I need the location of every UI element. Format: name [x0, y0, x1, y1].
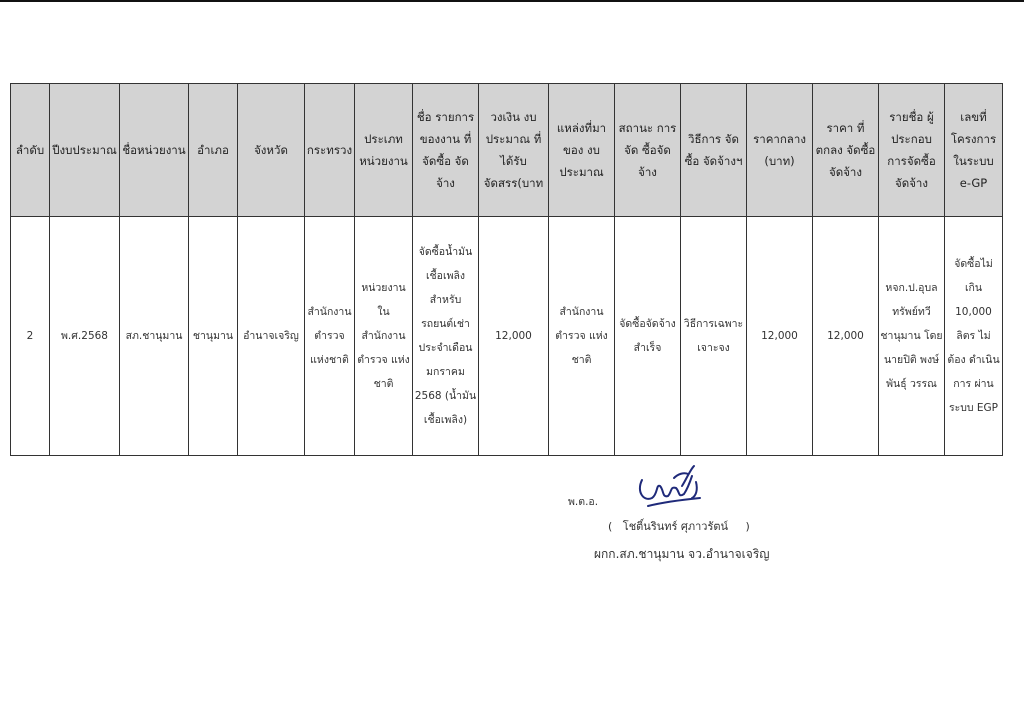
header-budget-source: แหล่งที่มา ของ งบประมาณ: [549, 84, 615, 217]
signer-rank: พ.ต.อ.: [568, 493, 598, 510]
header-agency-type: ประเภท หน่วยงาน: [355, 84, 413, 217]
cell-method: วิธีการเฉพาะ เจาะจง: [681, 217, 747, 456]
signer-name: ( โชติ์นรินทร์ ศุภาวรัตน์ ): [608, 517, 750, 535]
cell-budget-source: สำนักงาน ตำรวจ แห่งชาติ: [549, 217, 615, 456]
header-method: วิธีการ จัดซื้อ จัดจ้างฯ: [681, 84, 747, 217]
table-row: 2 พ.ศ.2568 สภ.ชานุมาน ชานุมาน อำนาจเจริญ…: [11, 217, 1003, 456]
cell-agreed-price: 12,000: [813, 217, 879, 456]
cell-fiscal-year: พ.ศ.2568: [50, 217, 120, 456]
cell-ministry: สำนักงาน ตำรวจ แห่งชาติ: [305, 217, 355, 456]
header-item-name: ชื่อ รายการ ของงาน ที่จัดซื้อ จัดจ้าง: [413, 84, 479, 217]
header-egp-number: เลขที่ โครงการ ในระบบ e-GP: [945, 84, 1003, 217]
header-ministry: กระทรวง: [305, 84, 355, 217]
cell-seq: 2: [11, 217, 50, 456]
handwritten-signature-icon: [634, 462, 706, 512]
header-budget: วงเงิน งบประมาณ ที่ได้รับ จัดสรร(บาท: [479, 84, 549, 217]
header-fiscal-year: ปีงบประมาณ: [50, 84, 120, 217]
header-agency: ชื่อหน่วยงาน: [120, 84, 189, 217]
header-agreed-price: ราคา ที่ตกลง จัดซื้อ จัดจ้าง: [813, 84, 879, 217]
header-row: ลำดับ ปีงบประมาณ ชื่อหน่วยงาน อำเภอ จังห…: [11, 84, 1003, 217]
cell-agency-type: หน่วยงาน ใน สำนักงาน ตำรวจ แห่งชาติ: [355, 217, 413, 456]
header-district: อำเภอ: [189, 84, 238, 217]
cell-median-price: 12,000: [747, 217, 813, 456]
header-province: จังหวัด: [238, 84, 305, 217]
cell-status: จัดซื้อจัดจ้าง สำเร็จ: [615, 217, 681, 456]
cell-item-name: จัดซื้อน้ำมัน เชื้อเพลิง สำหรับ รถยนต์เช…: [413, 217, 479, 456]
signer-position: ผกก.สภ.ชานุมาน จว.อำนาจเจริญ: [594, 545, 769, 564]
header-vendor: รายชื่อ ผู้ประกอบ การจัดซื้อ จัดจ้าง: [879, 84, 945, 217]
cell-agency: สภ.ชานุมาน: [120, 217, 189, 456]
cell-district: ชานุมาน: [189, 217, 238, 456]
cell-province: อำนาจเจริญ: [238, 217, 305, 456]
cell-vendor: หจก.ป.อุบล ทรัพย์ทวี ชานุมาน โดยนายปิติ …: [879, 217, 945, 456]
page-top-border: [0, 0, 1024, 2]
cell-egp-number: จัดซื้อไม่เกิน 10,000 ลิตร ไม่ ต้อง ดำเน…: [945, 217, 1003, 456]
signature-block: พ.ต.อ. ( โชติ์นรินทร์ ศุภาวรัตน์ ) ผกก.ส…: [560, 460, 820, 580]
header-median-price: ราคากลาง (บาท): [747, 84, 813, 217]
header-status: สถานะ การจัด ซื้อจัดจ้าง: [615, 84, 681, 217]
cell-budget: 12,000: [479, 217, 549, 456]
procurement-table: ลำดับ ปีงบประมาณ ชื่อหน่วยงาน อำเภอ จังห…: [10, 83, 1003, 456]
header-seq: ลำดับ: [11, 84, 50, 217]
